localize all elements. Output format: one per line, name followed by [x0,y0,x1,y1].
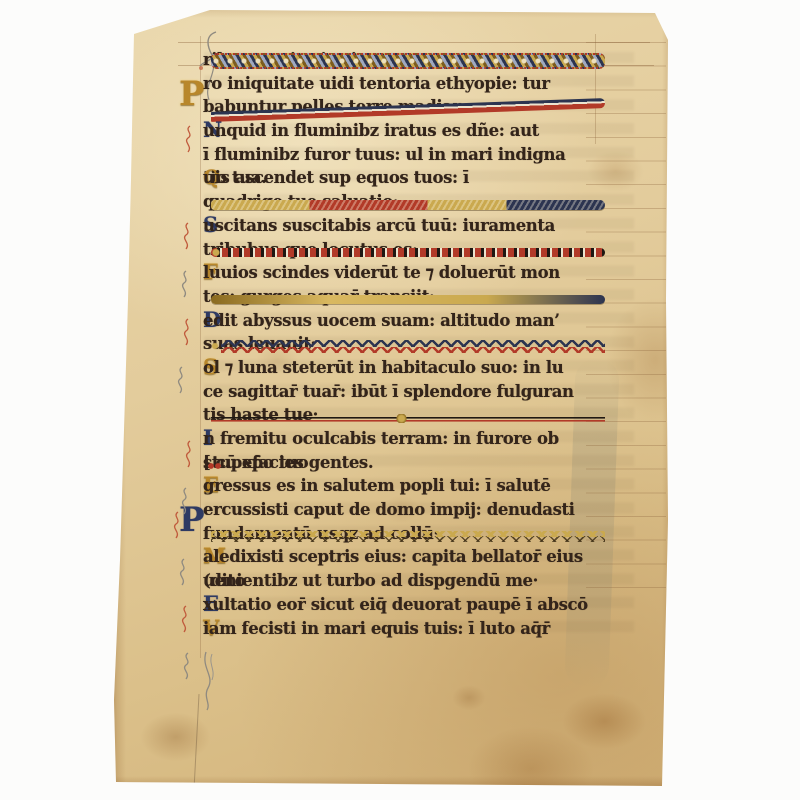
penwork-flourish-icon [182,440,196,468]
penwork-flourish-icon [170,511,184,539]
manuscript-line: In fremitu oculcabis terram: in furore o… [203,427,605,451]
manuscript-line: Exultatio eor̄ sicut eiq̄ deuorat paupē … [203,593,605,617]
line-filler-redmark-icon [207,462,225,470]
penwork-flourish-icon [180,318,194,346]
line-filler-goldzig-icon [211,531,605,542]
ruling-line-vertical [200,36,201,658]
line-text: ce sagittar̄ tuar̄: ibūt ī splendore ful… [203,380,574,404]
penwork-flourish-icon [176,558,190,586]
manuscript-line: Sol ⁊ luna steterūt in habitaculo suo: i… [203,356,605,380]
line-text: ol ⁊ luna steterūt in habitaculo suo: in… [203,356,563,380]
manuscript-line: fundamentū usqz ad collū· [203,522,605,546]
penwork-flourish-icon [180,222,194,250]
penwork-flourish-icon [178,605,192,633]
ruling-line [178,42,650,43]
manuscript-line: uenientibz ut turbo ad dispgendū me·(dit… [203,569,605,593]
line-filler-braid-icon [211,53,605,69]
penwork-tail-icon [198,650,222,712]
line-text: ro iniquitate uidi tentoria ethyopie: tu… [203,72,550,96]
manuscript-line: Egressus es in salutem popli tui: ī salu… [203,474,605,498]
line-text: unquid in fluminibz iratus es dñe: aut [203,119,539,143]
text-block: ribz eternitatis eius·Pro iniquitate uid… [203,48,605,640]
line-text: (dito [203,569,249,593]
line-text: ercussisti caput de domo impij: denudast… [203,498,575,522]
line-text: uis ascendet sup equos tuos: ī [203,166,469,190]
line-text: xultatio eor̄ sicut eiq̄ deuorat paupē ī… [203,593,588,617]
line-text: gressus es in salutem popli tui: ī salut… [203,474,551,498]
line-filler-feather-icon [211,200,605,210]
manuscript-line: Percussisti caput de domo impij: denudas… [203,498,605,522]
line-text: luuios scindes viderūt te ⁊ doluerūt mon [203,261,560,285]
manuscript-line: tribubus que locutus es· [203,238,605,262]
manuscript-line: Viam fecisti in mari equis tuis: ī luto … [203,617,605,641]
line-text: aledixisti sceptris eius: capita bellato… [203,545,583,569]
penwork-flourish-icon [182,125,196,153]
illuminated-initial: P [179,77,204,111]
manuscript-line: Nunquid in fluminibz iratus es dñe: aut [203,119,605,143]
line-text: n fremitu oculcabis terram: in furore ob [203,427,559,451]
manuscript-line: quadrige tue saluatio· [203,190,605,214]
line-filler-rule-icon [211,415,605,423]
manuscript-line: stupefacies gentes.[ cū xp̄o tuo [203,451,605,475]
manuscript-line: tio tua. Quis ascendet sup equos tuos: ī [203,166,605,190]
manuscript-line: babuntur pelles terre madian· [203,95,605,119]
manuscript-photo: { "artifact": "illuminated manuscript le… [0,0,800,800]
line-text: uenientibz ut turbo ad dispgendū me· [203,569,538,593]
manuscript-line: tes: gurges aquar̄ transiit· [203,285,605,309]
manuscript-line: Fluuios scindes viderūt te ⁊ doluerūt mo… [203,261,605,285]
manuscript-line: Maledixisti sceptris eius: capita bellat… [203,545,605,569]
line-text: ī fluminibz furor tuus: ul in mari indig… [203,143,565,167]
penwork-flourish-icon [180,652,194,680]
manuscript-line: suas leuauit· [203,332,605,356]
manuscript-line: Dedit abyssus uocem suam: altitudo man’ [203,309,605,333]
penwork-flourish-icon [178,270,192,298]
manuscript-line: Suscitans suscitabis arcū tuū: iuramenta [203,214,605,238]
line-filler-zigzag-icon [211,340,605,353]
manuscript-line: tis haste tue· [203,403,605,427]
manuscript-line: ī fluminibz furor tuus: ul in mari indig… [203,143,605,167]
line-filler-goldbar-icon [211,295,605,304]
manuscript-line: ribz eternitatis eius· [203,48,605,72]
manuscript-line: Pro iniquitate uidi tentoria ethyopie: t… [203,72,605,96]
penwork-flourish-icon [174,366,188,394]
manuscript-line: ce sagittar̄ tuar̄: ibūt ī splendore ful… [203,380,605,404]
line-text: edit abyssus uocem suam: altitudo man’ [203,309,560,333]
line-text: iam fecisti in mari equis tuis: ī luto a… [203,617,550,641]
line-text: uscitans suscitabis arcū tuū: iuramenta [203,214,555,238]
manuscript-leaf: ribz eternitatis eius·Pro iniquitate uid… [108,6,672,792]
line-filler-swirl-icon [211,248,605,257]
